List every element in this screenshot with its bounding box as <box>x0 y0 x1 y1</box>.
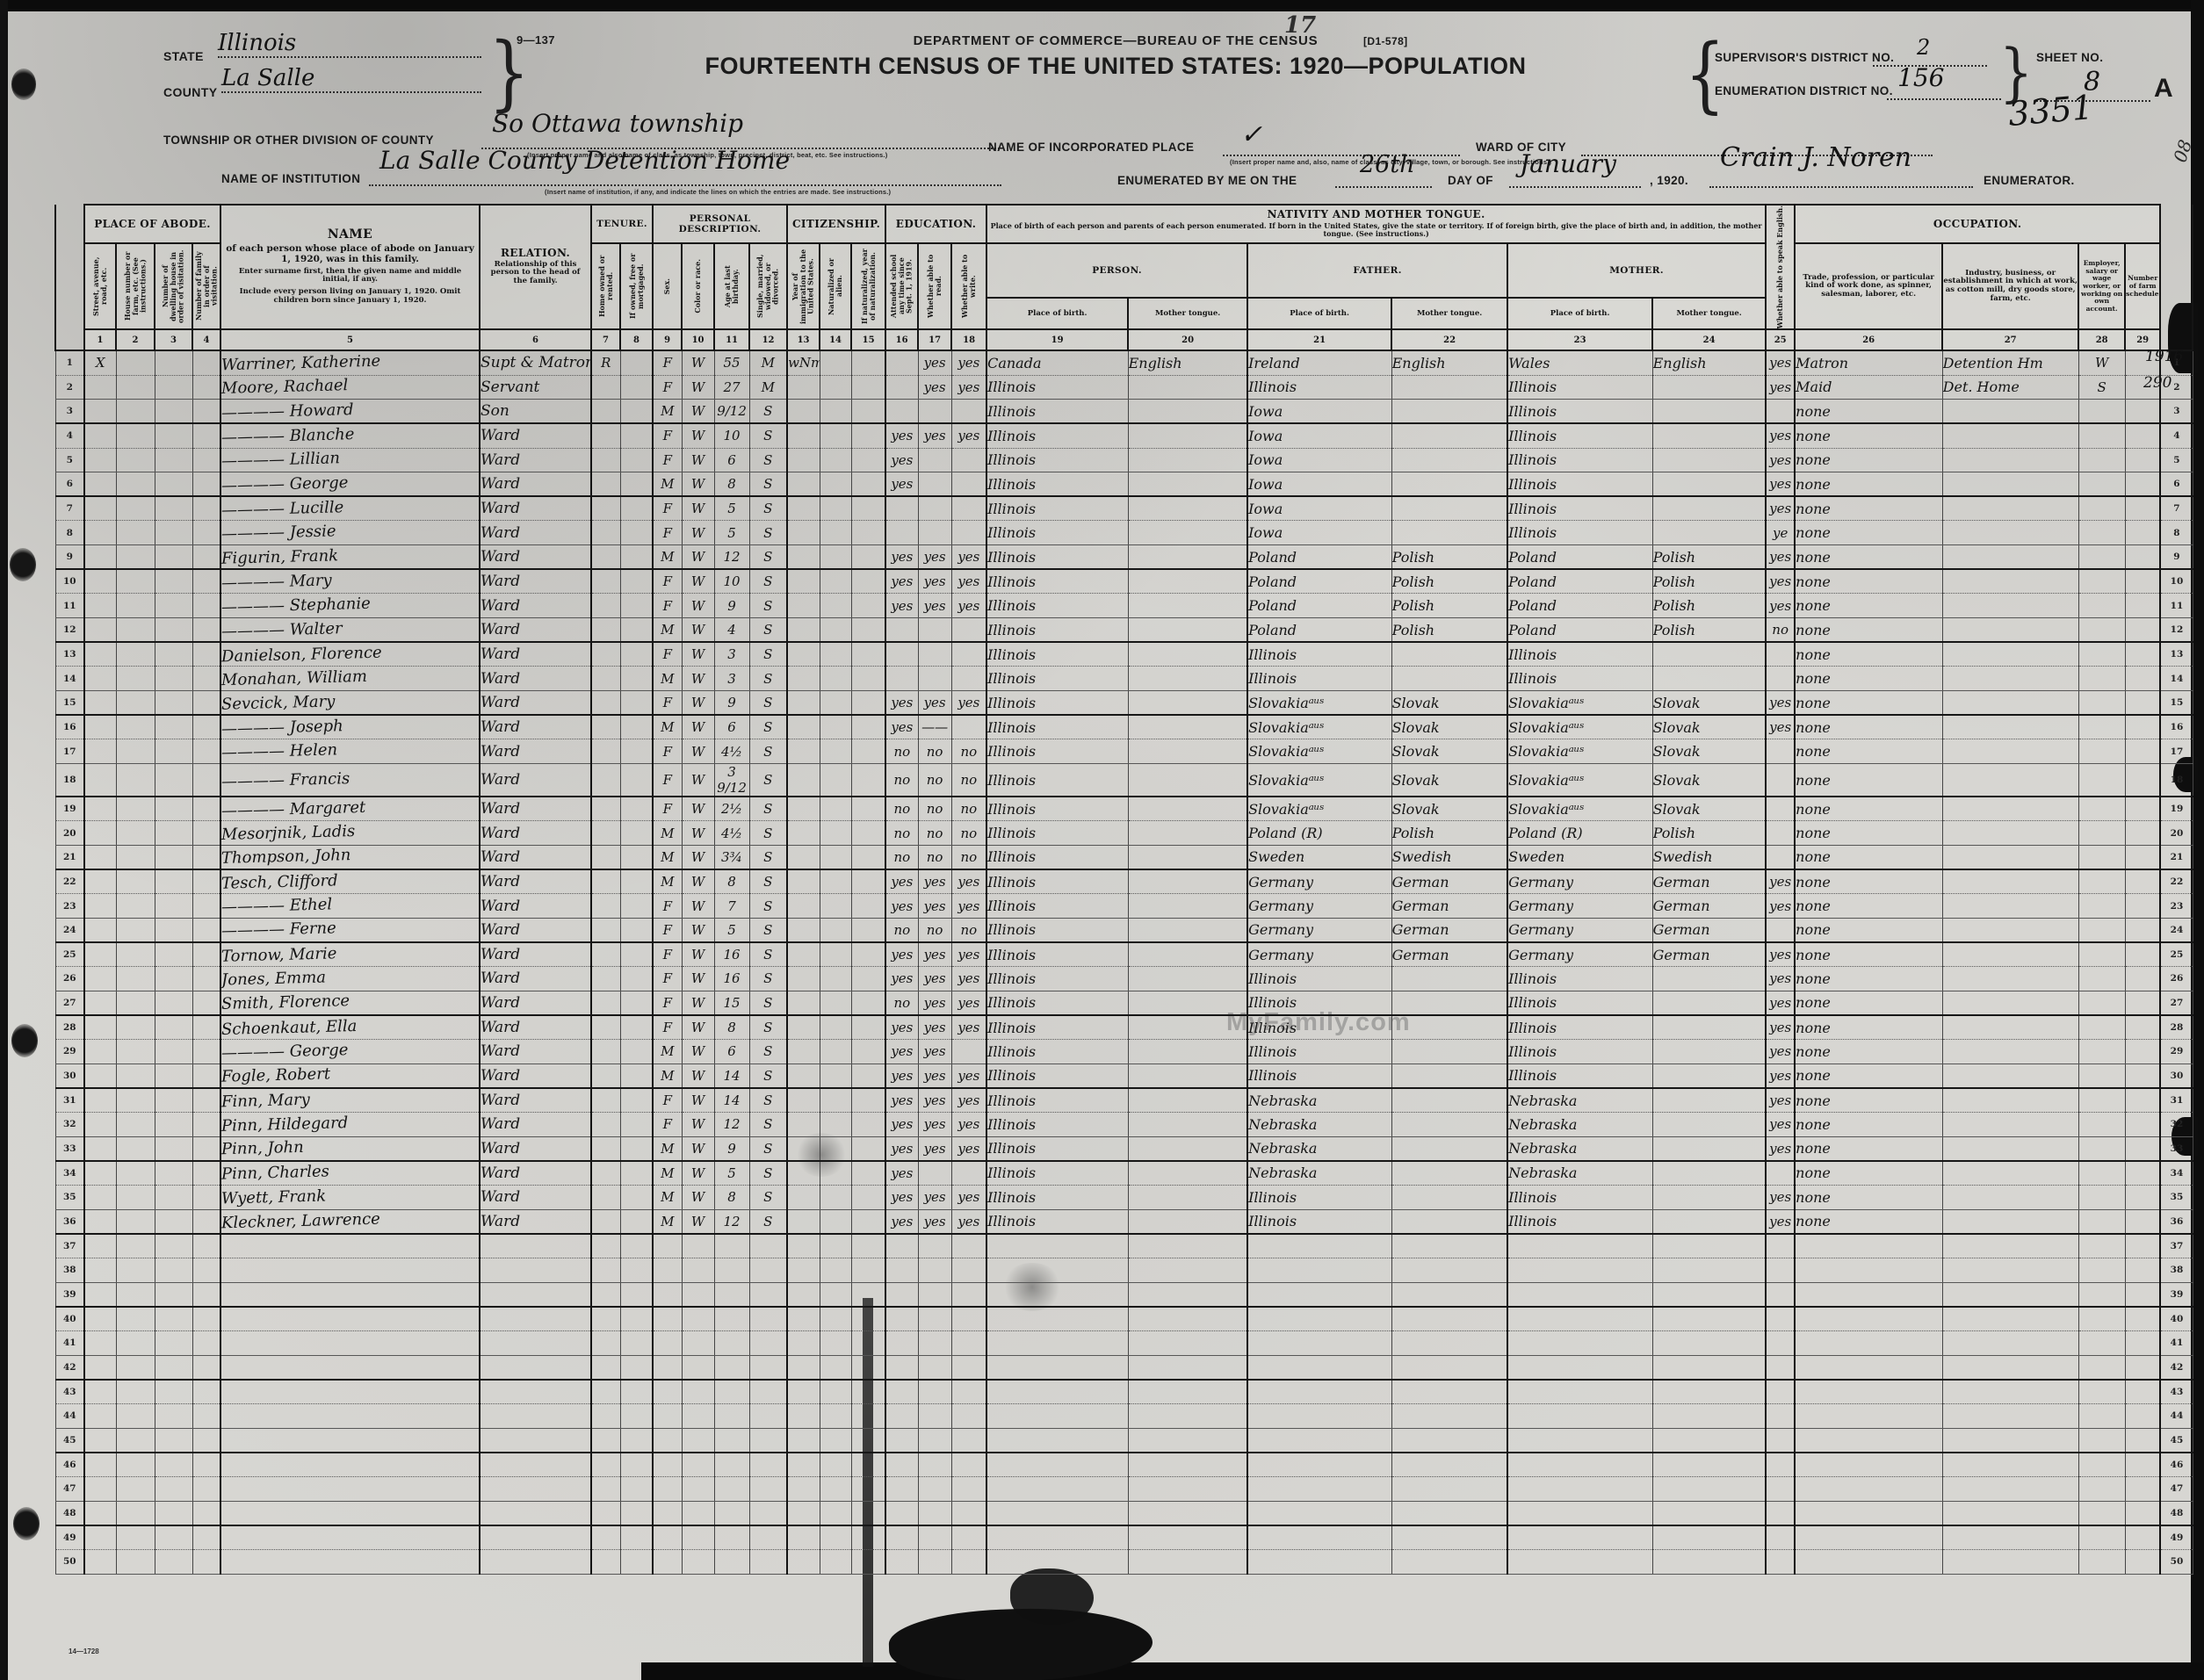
row-number-right: 20 <box>2160 821 2193 846</box>
cell-eng: yes <box>1766 967 1795 991</box>
cell-tr: none <box>1795 1186 1942 1210</box>
cell-imm <box>787 1161 820 1186</box>
cell-nat <box>820 845 851 869</box>
cell-mt <box>1128 918 1247 942</box>
cell-fm: Polish <box>1391 545 1507 570</box>
cell-ind <box>1942 1501 2078 1525</box>
cell-name: ———— Jessie <box>220 521 480 545</box>
cell-mar <box>749 1258 787 1283</box>
cell-fp: Illinois <box>1247 1064 1391 1088</box>
cell-st <box>84 1453 116 1477</box>
cell-t7 <box>591 918 620 942</box>
township-label: TOWNSHIP OR OTHER DIVISION OF COUNTY <box>163 133 434 147</box>
row-number-right: 24 <box>2160 918 2193 942</box>
cell-fp: Germany <box>1247 894 1391 919</box>
cell-house <box>116 448 155 472</box>
cell-pob: Canada <box>986 350 1128 375</box>
cell-t8 <box>620 472 653 497</box>
cell-ind <box>1942 423 2078 448</box>
cell-tr: none <box>1795 545 1942 570</box>
cell-nat <box>820 1476 851 1501</box>
census-row-33: 33Pinn, JohnWardMW9SyesyesyesIllinoisNeb… <box>55 1136 2193 1161</box>
cell-sex: F <box>653 918 682 942</box>
census-row-4: 4———— BlancheWardFW10SyesyesyesIllinoisI… <box>55 423 2193 448</box>
row-number-right: 33 <box>2160 1136 2193 1161</box>
cell-mp: Nebraska <box>1507 1113 1652 1137</box>
cell-dwell <box>155 448 192 472</box>
cell-house <box>116 1476 155 1501</box>
cell-fm <box>1391 1525 1507 1550</box>
cell-mp <box>1507 1525 1652 1550</box>
cell-ind <box>1942 472 2078 497</box>
cell-natyr <box>851 1234 885 1258</box>
cell-mp <box>1507 1453 1652 1477</box>
cell-name: ———— Lucille <box>220 496 480 521</box>
row-number-right: 16 <box>2160 715 2193 739</box>
row-number-right: 42 <box>2160 1355 2193 1380</box>
cell-dwell <box>155 1355 192 1380</box>
cell-mar: S <box>749 545 787 570</box>
cell-ind <box>1942 845 2078 869</box>
cell-sch: yes <box>885 715 918 739</box>
col-number-18: 18 <box>951 329 986 350</box>
cell-fm <box>1391 1403 1507 1428</box>
cell-fam <box>192 448 220 472</box>
cell-t7 <box>591 618 620 643</box>
cell-mm <box>1652 991 1766 1015</box>
cell-col: W <box>682 1209 714 1234</box>
cell-wr: yes <box>951 691 986 716</box>
row-number-left: 29 <box>55 1040 84 1064</box>
cell-t8 <box>620 691 653 716</box>
census-row-20: 20Mesorjnik, LadisWardMW4½SnononoIllinoi… <box>55 821 2193 846</box>
row-number-right: 49 <box>2160 1525 2193 1550</box>
cell-natyr <box>851 642 885 667</box>
cell-ind <box>1942 521 2078 545</box>
cell-fm: Swedish <box>1391 845 1507 869</box>
cell-nat <box>820 1428 851 1453</box>
cell-dwell <box>155 1136 192 1161</box>
cell-farm <box>2125 845 2160 869</box>
cell-rd: yes <box>918 1088 951 1113</box>
cell-pob: Illinois <box>986 942 1128 967</box>
cell-fam <box>192 594 220 618</box>
cell-rel <box>480 1282 591 1307</box>
section-education: EDUCATION. <box>885 205 986 243</box>
cell-fp: Poland <box>1247 569 1391 594</box>
cell-farm <box>2125 1040 2160 1064</box>
cell-pob: Illinois <box>986 1186 1128 1210</box>
cell-sch <box>885 1307 918 1331</box>
cell-age <box>714 1428 749 1453</box>
cell-fp: Iowa <box>1247 521 1391 545</box>
cell-nat <box>820 1403 851 1428</box>
cell-mp: Slovakiaᵃᵘˢ <box>1507 739 1652 764</box>
cell-pob: Illinois <box>986 894 1128 919</box>
cell-col: W <box>682 869 714 894</box>
cell-name <box>220 1258 480 1283</box>
cell-emp <box>2078 1549 2125 1574</box>
form-number: 9—137 <box>517 33 555 47</box>
cell-mm <box>1652 1428 1766 1453</box>
cell-name: Jones, Emma <box>220 967 480 991</box>
cell-st <box>84 1282 116 1307</box>
cell-t7 <box>591 1234 620 1258</box>
cell-t7 <box>591 1380 620 1404</box>
cell-pob: Illinois <box>986 1040 1128 1064</box>
cell-fm <box>1391 1113 1507 1137</box>
census-row-18: 18———— FrancisWardFW3 9/12SnononoIllinoi… <box>55 764 2193 797</box>
cell-emp <box>2078 967 2125 991</box>
cell-col: W <box>682 400 714 424</box>
cell-name: ———— Walter <box>220 618 480 643</box>
cell-name: Danielson, Florence <box>220 642 480 667</box>
cell-mm: Polish <box>1652 618 1766 643</box>
cell-fm <box>1391 1064 1507 1088</box>
census-row-25: 25Tornow, MarieWardFW16SyesyesyesIllinoi… <box>55 942 2193 967</box>
left-number-column-head <box>55 205 84 350</box>
cell-rd: yes <box>918 594 951 618</box>
cell-natyr <box>851 1136 885 1161</box>
cell-name: Finn, Mary <box>220 1088 480 1113</box>
cell-age: 55 <box>714 350 749 375</box>
cell-nat <box>820 797 851 821</box>
cell-sex: F <box>653 942 682 967</box>
cell-nat <box>820 1088 851 1113</box>
cell-farm <box>2125 1330 2160 1355</box>
cell-age: 12 <box>714 545 749 570</box>
col29-head: Number of farm schedule. <box>2125 243 2160 329</box>
cell-name: Mesorjnik, Ladis <box>220 821 480 846</box>
cell-rd: no <box>918 918 951 942</box>
cell-emp <box>2078 594 2125 618</box>
cell-sch <box>885 1453 918 1477</box>
cell-name <box>220 1428 480 1453</box>
cell-emp <box>2078 894 2125 919</box>
cell-t8 <box>620 1403 653 1428</box>
cell-emp <box>2078 942 2125 967</box>
cell-imm <box>787 869 820 894</box>
cell-mp: Illinois <box>1507 1040 1652 1064</box>
cell-age <box>714 1307 749 1331</box>
census-row-44: 4444 <box>55 1403 2193 1428</box>
cell-natyr <box>851 918 885 942</box>
cell-eng: yes <box>1766 691 1795 716</box>
cell-fam <box>192 569 220 594</box>
cell-ind <box>1942 1549 2078 1574</box>
cell-rel <box>480 1476 591 1501</box>
cell-tr: Maid <box>1795 375 1942 400</box>
cell-t8 <box>620 1428 653 1453</box>
cell-name: Pinn, Hildegard <box>220 1113 480 1137</box>
cell-house <box>116 821 155 846</box>
cell-name: Tesch, Clifford <box>220 869 480 894</box>
cell-tr: none <box>1795 423 1942 448</box>
cell-eng: yes <box>1766 1088 1795 1113</box>
cell-ind <box>1942 1113 2078 1137</box>
cell-rel: Ward <box>480 967 591 991</box>
cell-sch: yes <box>885 448 918 472</box>
cell-mp: Illinois <box>1507 1209 1652 1234</box>
cell-rd: yes <box>918 1186 951 1210</box>
cell-sex: M <box>653 400 682 424</box>
cell-tr: none <box>1795 400 1942 424</box>
supervisor-district-value: 2 <box>1917 35 1930 60</box>
cell-mar: S <box>749 942 787 967</box>
row-number-left: 7 <box>55 496 84 521</box>
cell-pob: Illinois <box>986 918 1128 942</box>
row-number-left: 13 <box>55 642 84 667</box>
cell-ind: Detention Hm <box>1942 350 2078 375</box>
col-number-16: 16 <box>885 329 918 350</box>
father-mt-head: Mother tongue. <box>1391 298 1507 329</box>
cell-emp <box>2078 1403 2125 1428</box>
cell-st <box>84 1186 116 1210</box>
cell-col: W <box>682 845 714 869</box>
cell-age: 5 <box>714 496 749 521</box>
cell-pob: Illinois <box>986 691 1128 716</box>
cell-nat <box>820 448 851 472</box>
cell-fam <box>192 1476 220 1501</box>
row-number-right: 7 <box>2160 496 2193 521</box>
cell-dwell <box>155 1186 192 1210</box>
cell-nat <box>820 667 851 691</box>
cell-dwell <box>155 967 192 991</box>
cell-sch: no <box>885 918 918 942</box>
cell-st <box>84 1525 116 1550</box>
cell-fp <box>1247 1380 1391 1404</box>
cell-farm <box>2125 1064 2160 1088</box>
cell-age: 12 <box>714 1209 749 1234</box>
cell-t7 <box>591 448 620 472</box>
cell-mar: S <box>749 691 787 716</box>
cell-mar: S <box>749 967 787 991</box>
cell-nat <box>820 1549 851 1574</box>
cell-t8 <box>620 894 653 919</box>
cell-nat <box>820 1161 851 1186</box>
census-row-28: 28Schoenkaut, EllaWardFW8SyesyesyesIllin… <box>55 1015 2193 1040</box>
cell-sch: yes <box>885 1209 918 1234</box>
cell-wr: yes <box>951 375 986 400</box>
cell-fam <box>192 1453 220 1477</box>
cell-wr: yes <box>951 942 986 967</box>
cell-col: W <box>682 691 714 716</box>
cell-t8 <box>620 1380 653 1404</box>
cell-wr: no <box>951 797 986 821</box>
cell-fp <box>1247 1403 1391 1428</box>
cell-mp: Germany <box>1507 894 1652 919</box>
cell-tr: none <box>1795 569 1942 594</box>
col-number-27: 27 <box>1942 329 2078 350</box>
cell-mar: S <box>749 1088 787 1113</box>
day-line <box>1335 186 1432 188</box>
cell-fm <box>1391 423 1507 448</box>
cell-mm: Slovak <box>1652 715 1766 739</box>
cell-mp: Poland <box>1507 618 1652 643</box>
cell-natyr <box>851 423 885 448</box>
cell-rel <box>480 1525 591 1550</box>
pencil-number: 17 <box>1284 12 1316 39</box>
cell-imm <box>787 1064 820 1088</box>
cell-ind <box>1942 400 2078 424</box>
cell-ind <box>1942 1088 2078 1113</box>
row-number-left: 1 <box>55 350 84 375</box>
cell-sex <box>653 1282 682 1307</box>
cell-eng: yes <box>1766 991 1795 1015</box>
cell-name <box>220 1380 480 1404</box>
cell-natyr <box>851 1040 885 1064</box>
cell-house <box>116 1113 155 1137</box>
cell-age: 9 <box>714 594 749 618</box>
cell-fam <box>192 1088 220 1113</box>
cell-nat <box>820 1136 851 1161</box>
census-row-42: 4242 <box>55 1355 2193 1380</box>
cell-sch <box>885 521 918 545</box>
cell-age: 5 <box>714 521 749 545</box>
cell-fp: Illinois <box>1247 991 1391 1015</box>
cell-mt <box>1128 594 1247 618</box>
cell-ind <box>1942 821 2078 846</box>
mother-mt-head: Mother tongue. <box>1652 298 1766 329</box>
cell-emp <box>2078 472 2125 497</box>
cell-col <box>682 1476 714 1501</box>
cell-rd: yes <box>918 691 951 716</box>
cell-wr <box>951 1234 986 1258</box>
cell-name: Moore, Rachael <box>220 375 480 400</box>
cell-col: W <box>682 942 714 967</box>
cell-t8 <box>620 715 653 739</box>
cell-sch <box>885 1501 918 1525</box>
cell-house <box>116 642 155 667</box>
cell-ind <box>1942 1040 2078 1064</box>
cell-pob: Illinois <box>986 821 1128 846</box>
census-row-6: 6———— GeorgeWardMW8SyesIllinoisIowaIllin… <box>55 472 2193 497</box>
cell-pob <box>986 1501 1128 1525</box>
row-number-right: 46 <box>2160 1453 2193 1477</box>
cell-name: ———— Joseph <box>220 715 480 739</box>
cell-fam <box>192 991 220 1015</box>
cell-mm <box>1652 521 1766 545</box>
row-number-right: 19 <box>2160 797 2193 821</box>
cell-nat <box>820 739 851 764</box>
cell-mar: S <box>749 869 787 894</box>
cell-ind <box>1942 667 2078 691</box>
cell-t7 <box>591 423 620 448</box>
cell-dwell <box>155 1015 192 1040</box>
cell-fm <box>1391 472 1507 497</box>
cell-mt <box>1128 1064 1247 1088</box>
cell-ind <box>1942 1428 2078 1453</box>
cell-name <box>220 1525 480 1550</box>
cell-mar: S <box>749 1040 787 1064</box>
cell-wr <box>951 642 986 667</box>
cell-emp <box>2078 521 2125 545</box>
row-number-right: 38 <box>2160 1258 2193 1283</box>
cell-fm <box>1391 1355 1507 1380</box>
section-place-of-abode: PLACE OF ABODE. <box>84 205 220 243</box>
cell-natyr <box>851 1525 885 1550</box>
cell-fm <box>1391 375 1507 400</box>
cell-t7 <box>591 942 620 967</box>
margin-number-1: 1916 <box>2145 348 2183 365</box>
cell-st <box>84 1355 116 1380</box>
cell-imm <box>787 1136 820 1161</box>
cell-fp: Poland (R) <box>1247 821 1391 846</box>
census-row-7: 7———— LucilleWardFW5SIllinoisIowaIllinoi… <box>55 496 2193 521</box>
cell-mt <box>1128 1113 1247 1137</box>
cell-sch: yes <box>885 1186 918 1210</box>
cell-fm <box>1391 1161 1507 1186</box>
cell-mp: Poland (R) <box>1507 821 1652 846</box>
cell-t7 <box>591 869 620 894</box>
cell-pob: Illinois <box>986 1088 1128 1113</box>
cell-t7 <box>591 1258 620 1283</box>
cell-natyr <box>851 967 885 991</box>
cell-t8 <box>620 1307 653 1331</box>
cell-mp: Illinois <box>1507 448 1652 472</box>
cell-mt <box>1128 448 1247 472</box>
row-number-left: 12 <box>55 618 84 643</box>
cell-t8 <box>620 1355 653 1380</box>
cell-st <box>84 423 116 448</box>
cell-fp: Iowa <box>1247 400 1391 424</box>
cell-t7 <box>591 1355 620 1380</box>
cell-mp <box>1507 1355 1652 1380</box>
cell-imm <box>787 1453 820 1477</box>
cell-dwell <box>155 797 192 821</box>
cell-mt <box>1128 521 1247 545</box>
census-row-3: 3———— HowardSonMW9/12SIllinoisIowaIllino… <box>55 400 2193 424</box>
cell-emp <box>2078 569 2125 594</box>
row-number-right: 40 <box>2160 1307 2193 1331</box>
cell-rel: Ward <box>480 594 591 618</box>
census-row-22: 22Tesch, CliffordWardMW8SyesyesyesIllino… <box>55 869 2193 894</box>
cell-sch: no <box>885 764 918 797</box>
person-pob-head: Place of birth. <box>986 298 1128 329</box>
cell-fam <box>192 1136 220 1161</box>
cell-mm: German <box>1652 894 1766 919</box>
col-number-7: 7 <box>591 329 620 350</box>
cell-emp <box>2078 991 2125 1015</box>
cell-mt <box>1128 1453 1247 1477</box>
cell-rel <box>480 1258 591 1283</box>
cell-mp <box>1507 1549 1652 1574</box>
cell-t7 <box>591 569 620 594</box>
cell-name: Monahan, William <box>220 667 480 691</box>
cell-sex <box>653 1330 682 1355</box>
cell-rd <box>918 1428 951 1453</box>
col3-head: Number of dwelling house in order of vis… <box>155 243 192 329</box>
cell-fm <box>1391 448 1507 472</box>
cell-ind <box>1942 594 2078 618</box>
cell-nat <box>820 1380 851 1404</box>
cell-sex: F <box>653 448 682 472</box>
cell-tr: none <box>1795 594 1942 618</box>
cell-imm <box>787 797 820 821</box>
census-row-49: 4949 <box>55 1525 2193 1550</box>
cell-mm: Slovak <box>1652 739 1766 764</box>
cell-mm <box>1652 667 1766 691</box>
cell-house <box>116 569 155 594</box>
cell-age: 8 <box>714 472 749 497</box>
cell-age <box>714 1403 749 1428</box>
cell-t8 <box>620 869 653 894</box>
cell-tr: none <box>1795 797 1942 821</box>
cell-fam <box>192 1282 220 1307</box>
cell-farm <box>2125 1015 2160 1040</box>
cell-natyr <box>851 715 885 739</box>
cell-farm <box>2125 1307 2160 1331</box>
